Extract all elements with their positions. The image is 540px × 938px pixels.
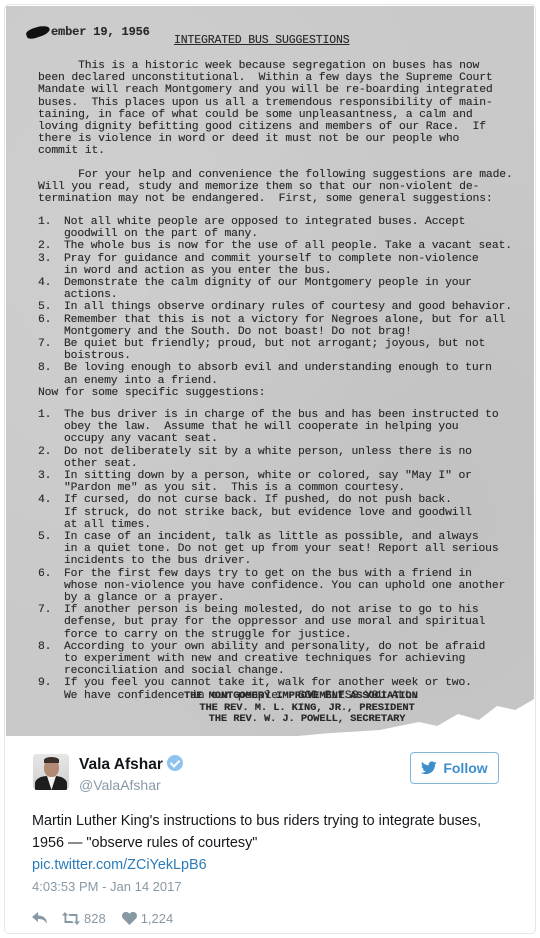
list-item-number: 3. [38,470,64,494]
like-count: 1,224 [141,911,174,926]
follow-label[interactable]: Follow [443,760,487,776]
list-item-text: Be quiet but friendly; proud, but not ar… [64,338,485,362]
author-name[interactable]: Vala Afshar [79,755,183,774]
list-item: 2.The whole bus is now for the use of al… [38,240,518,252]
list-item-number: 9. [38,677,64,701]
general-suggestions: 1.Not all white people are opposed to in… [38,216,518,387]
twitter-bird-icon [421,761,437,775]
list-item-number: 6. [38,314,64,338]
list-item: 7.If another person is being molested, d… [38,604,518,641]
document-signature: THE MONTGOMERY IMPROVEMENT ASSOCIATION T… [184,691,418,726]
list-item-number: 2. [38,446,64,470]
list-item-number: 7. [38,604,64,641]
tweet-text: Martin Luther King's instructions to bus… [32,810,512,854]
reply-button[interactable] [32,912,48,924]
list-item: 8.According to your own ability and pers… [38,641,518,678]
reply-icon [32,912,48,924]
list-item-text: Be loving enough to absorb evil and unde… [64,362,492,386]
list-item: 1.Not all white people are opposed to in… [38,216,518,240]
list-item-number: 4. [38,277,64,301]
document-title: INTEGRATED BUS SUGGESTIONS [174,35,350,47]
list-item-number: 2. [38,240,64,252]
list-item-text: For the first few days try to get on the… [64,568,505,605]
list-item-number: 6. [38,568,64,605]
specific-heading: Now for some specific suggestions: [38,387,518,399]
list-item: 4.Demonstrate the calm dignity of our Mo… [38,277,518,301]
list-item: 6.For the first few days try to get on t… [38,568,518,605]
list-item: 3.Pray for guidance and commit yourself … [38,253,518,277]
retweet-icon [62,912,80,925]
list-item-text: The whole bus is now for the use of all … [64,240,512,252]
list-item-text: The bus driver is in charge of the bus a… [64,409,499,446]
list-item-text: If another person is being molested, do … [64,604,485,641]
list-item-number: 7. [38,338,64,362]
list-item-text: Remember that this is not a victory for … [64,314,505,338]
list-item-text: Pray for guidance and commit yourself to… [64,253,479,277]
list-item-number: 5. [38,301,64,313]
list-item-text: In case of an incident, talk as little a… [64,531,499,568]
list-item-number: 8. [38,641,64,678]
document-date-text: ember 19, 1956 [51,25,150,39]
list-item-text: Not all white people are opposed to inte… [64,216,465,240]
follow-button[interactable]: Follow [410,752,499,784]
tweet-timestamp[interactable]: 4:03:53 PM - Jan 14 2017 [32,877,182,897]
like-button[interactable]: 1,224 [122,911,174,926]
list-item-number: 1. [38,216,64,240]
list-item-text: In sitting down by a person, white or co… [64,470,472,494]
list-item: 6.Remember that this is not a victory fo… [38,314,518,338]
ink-blot [25,23,51,40]
list-item: 5.In all things observe ordinary rules o… [38,301,518,313]
list-item-text: Do not deliberately sit by a white perso… [64,446,472,470]
list-item: 8.Be loving enough to absorb evil and un… [38,362,518,386]
list-item-text: In all things observe ordinary rules of … [64,301,512,313]
list-item: 3.In sitting down by a person, white or … [38,470,518,494]
list-item-text: If cursed, do not curse back. If pushed,… [64,494,472,531]
list-item-number: 5. [38,531,64,568]
tweet-card: ember 19, 1956 INTEGRATED BUS SUGGESTION… [4,4,536,934]
tweet-media-link[interactable]: pic.twitter.com/ZCiYekLpB6 [32,854,207,876]
document-paragraph-2: For your help and convenience the follow… [38,169,518,206]
document-date: ember 19, 1956 [26,26,150,38]
author-name-text[interactable]: Vala Afshar [79,756,163,773]
author-handle[interactable]: @ValaAfshar [79,777,161,793]
tweet-actions: 828 1,224 [32,908,173,928]
specific-suggestions: 1.The bus driver is in charge of the bus… [38,409,518,702]
retweet-count: 828 [84,911,106,926]
heart-icon [122,912,137,925]
document-intro: This is a historic week because segregat… [38,60,518,158]
list-item: 7.Be quiet but friendly; proud, but not … [38,338,518,362]
list-item-number: 3. [38,253,64,277]
list-item-number: 8. [38,362,64,386]
list-item-text: Demonstrate the calm dignity of our Mont… [64,277,472,301]
list-item: 5.In case of an incident, talk as little… [38,531,518,568]
list-item-number: 4. [38,494,64,531]
list-item-text: According to your own ability and person… [64,641,485,678]
list-item-number: 1. [38,409,64,446]
verified-badge-icon [167,755,183,771]
tweet-photo[interactable]: ember 19, 1956 INTEGRATED BUS SUGGESTION… [6,6,534,736]
avatar[interactable] [33,754,69,790]
list-item: 1.The bus driver is in charge of the bus… [38,409,518,446]
retweet-button[interactable]: 828 [62,911,106,926]
list-item: 4.If cursed, do not curse back. If pushe… [38,494,518,531]
list-item: 2.Do not deliberately sit by a white per… [38,446,518,470]
